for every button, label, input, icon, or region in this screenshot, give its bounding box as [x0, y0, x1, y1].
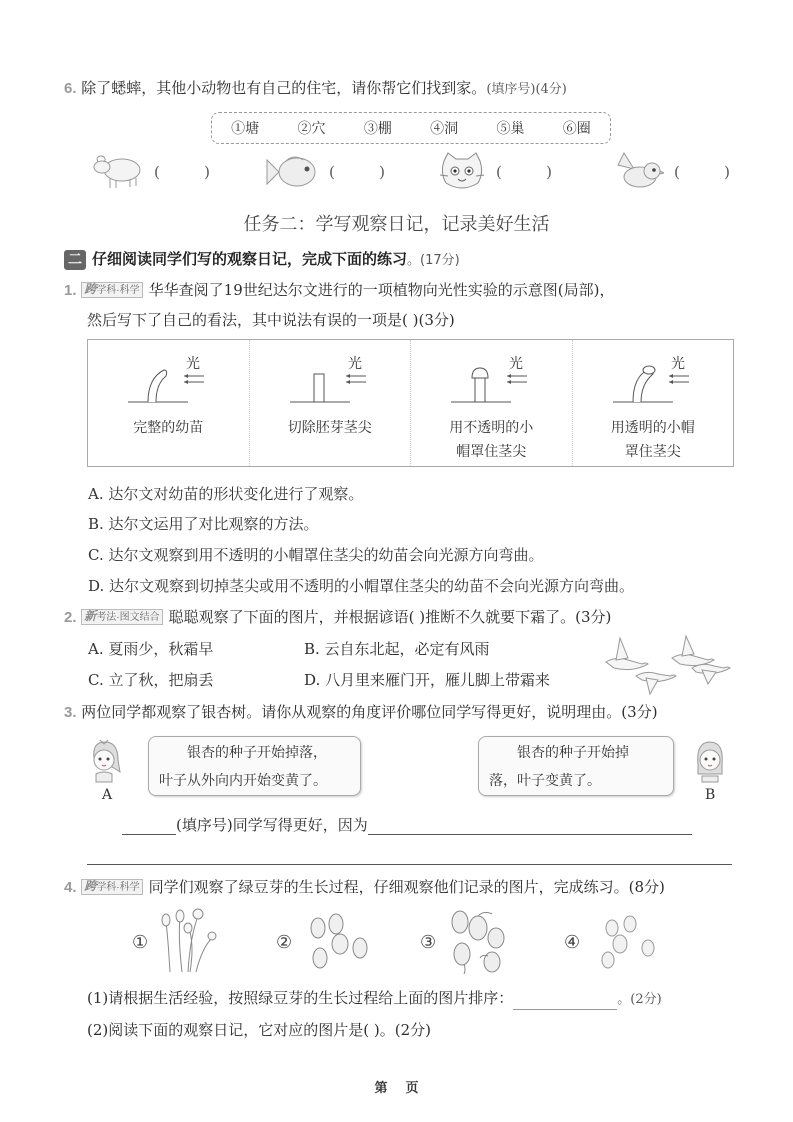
animal-fish: () — [265, 150, 385, 194]
option: ③棚 — [364, 118, 392, 138]
question-text: 除了蟋蟀，其他小动物也有自己的住宅，请你帮它们找到家。 — [81, 79, 486, 97]
picture-number: ② — [276, 932, 292, 953]
cell-label: 用不透明的小 帽罩住茎尖 — [411, 416, 572, 464]
student-a-avatar — [88, 738, 122, 784]
task-title: 任务二：学写观察日记，记录美好生活 — [0, 210, 793, 236]
sub1-text: (1)请根据生活经验，按照绿豆芽的生长过程给上面的图片排序： — [87, 989, 513, 1007]
picture-number: ③ — [420, 932, 436, 953]
picture-number: ④ — [564, 932, 580, 953]
animal-bird: () — [610, 150, 730, 194]
reason-blank-line2[interactable] — [87, 864, 732, 865]
option: ①塘 — [231, 118, 259, 138]
question-2: 2. 新考法·图文结合聪聪观察了下面的图片，并根据谚语( )推断不久就要下霜了。… — [64, 607, 611, 628]
option-a[interactable]: A. 夏雨少，秋霜早 — [88, 639, 213, 659]
experiment-cell-opaque-cap: 光 用不透明的小 帽罩住茎尖 — [411, 340, 573, 466]
student-b-avatar — [694, 738, 726, 784]
q3-answer-line: (填序号)同学写得更好，因为 — [122, 815, 692, 835]
tag-main: 跨 — [84, 282, 96, 296]
student-a-label: A — [102, 787, 112, 803]
sheep-icon — [92, 152, 144, 192]
cat-icon — [438, 151, 486, 193]
part-title: 仔细阅读同学们写的观察日记，完成下面的练习 — [92, 250, 407, 268]
question-number: 4. — [64, 879, 77, 896]
question-number: 6. — [64, 80, 77, 97]
seedling-transparent-cap-icon: 光 — [593, 348, 723, 408]
answer-blank[interactable]: () — [329, 163, 385, 181]
option: ⑤巢 — [496, 118, 524, 138]
question-1: 1. 跨学科·科学华华查阅了19世纪达尔文进行的一项植物向光性实验的示意图(局部… — [64, 280, 614, 301]
question-hint: (填序号)(4分) — [486, 82, 567, 97]
fish-icon — [265, 152, 319, 192]
q4-sub2: (2)阅读下面的观察日记，它对应的图片是( )。(2分) — [87, 1020, 431, 1040]
question-1-line2: 然后写下了自己的看法，其中说法有误的一项是( )(3分) — [87, 310, 455, 330]
option-d[interactable]: D. 达尔文观察到切掉茎尖或用不透明的小帽罩住茎尖的幼苗不会向光源方向弯曲。 — [88, 576, 634, 596]
question-number: 1. — [64, 282, 77, 299]
question-text: 同学们观察了绿豆芽的生长过程，仔细观察他们记录的图片，完成练习。(8分) — [149, 878, 665, 896]
option: ④洞 — [430, 118, 458, 138]
picture-number: ① — [132, 932, 148, 953]
bird-icon — [610, 151, 664, 193]
cell-label: 完整的幼苗 — [88, 416, 249, 440]
svg-text:光: 光 — [509, 355, 523, 372]
cell-label: 用透明的小帽 罩住茎尖 — [573, 416, 734, 464]
part-points: 。(17分) — [407, 253, 460, 268]
reason-blank[interactable] — [368, 816, 692, 835]
bubble-line: 落，叶子变黄了。 — [489, 767, 663, 795]
question-text-line1: 华华查阅了19世纪达尔文进行的一项植物向光性实验的示意图(局部)， — [149, 281, 615, 299]
experiment-cell-intact: 光 完整的幼苗 — [88, 340, 250, 466]
svg-text:光: 光 — [348, 355, 362, 372]
animal-cat: () — [438, 150, 552, 194]
page-footer: 第 页 — [0, 1077, 793, 1096]
cell-label: 切除胚芽茎尖 — [250, 416, 411, 440]
question-number: 2. — [64, 609, 77, 626]
animal-sheep: () — [92, 150, 210, 194]
order-blank[interactable] — [513, 991, 617, 1010]
seedling-opaque-cap-icon: 光 — [431, 348, 561, 408]
seedling-bent-icon: 光 — [108, 348, 238, 408]
option: ②穴 — [297, 118, 325, 138]
student-a-speech-bubble: 银杏的种子开始掉落， 叶子从外向内开始变黄了。 — [148, 736, 361, 796]
question-4: 4. 跨学科·科学同学们观察了绿豆芽的生长过程，仔细观察他们记录的图片，完成练习… — [64, 877, 665, 898]
student-b-speech-bubble: 银杏的种子开始掉 落，叶子变黄了。 — [478, 736, 674, 796]
tag-sub: 学科·科学 — [96, 882, 139, 893]
answer-prefix: (填序号)同学写得更好，因为 — [176, 816, 368, 834]
option-b[interactable]: B. 达尔文运用了对比观察的方法。 — [88, 514, 319, 534]
question-text: 聪聪观察了下面的图片，并根据谚语( )推断不久就要下霜了。(3分) — [169, 608, 612, 626]
new-exam-tag: 新考法·图文结合 — [81, 609, 162, 625]
sub1-points: 。(2分) — [617, 992, 661, 1007]
beans-dry-icon — [598, 914, 660, 974]
beans-swollen-icon — [306, 912, 376, 972]
experiment-diagram-table: 光 完整的幼苗 光 切除胚芽茎尖 光 用不透明的小 帽罩住茎尖 — [87, 339, 734, 467]
student-b-label: B — [705, 787, 715, 803]
tag-sub: 学科·科学 — [96, 285, 139, 296]
option-d[interactable]: D. 八月里来雁门开，雁儿脚上带霜来 — [304, 670, 550, 690]
option-c[interactable]: C. 立了秋，把扇丢 — [88, 670, 213, 690]
tag-sub: 考法·图文结合 — [96, 612, 159, 623]
bubble-line: 银杏的种子开始掉落， — [159, 739, 350, 767]
answer-blank[interactable]: () — [674, 163, 730, 181]
svg-text:光: 光 — [671, 355, 685, 372]
option-b[interactable]: B. 云自东北起，必定有风雨 — [304, 639, 490, 659]
beans-sprouting-icon — [448, 908, 520, 974]
question-text: 两位同学都观察了银杏树。请你从观察的角度评价哪位同学写得更好，说明理由。(3分) — [81, 703, 657, 721]
part-badge: 二 — [64, 250, 86, 270]
option-a[interactable]: A. 达尔文对幼苗的形状变化进行了观察。 — [88, 484, 363, 504]
question-6: 6. 除了蟋蟀，其他小动物也有自己的住宅，请你帮它们找到家。(填序号)(4分) — [64, 78, 567, 100]
answer-blank[interactable]: () — [496, 163, 552, 181]
experiment-cell-transparent-cap: 光 用透明的小帽 罩住茎尖 — [573, 340, 734, 466]
sprouts-grown-icon — [160, 908, 220, 974]
question-3: 3. 两位同学都观察了银杏树。请你从观察的角度评价哪位同学写得更好，说明理由。(… — [64, 702, 658, 723]
bubble-line: 银杏的种子开始掉 — [489, 739, 663, 767]
tag-main: 新 — [84, 609, 96, 623]
seedling-cut-icon: 光 — [270, 348, 400, 408]
part-heading: 二仔细阅读同学们写的观察日记，完成下面的练习。(17分) — [64, 248, 460, 270]
student-choice-blank[interactable] — [122, 816, 176, 835]
experiment-cell-cut: 光 切除胚芽茎尖 — [250, 340, 412, 466]
question-number: 3. — [64, 704, 77, 721]
option-c[interactable]: C. 达尔文观察到用不透明的小帽罩住茎尖的幼苗会向光源方向弯曲。 — [88, 545, 543, 565]
cross-subject-tag: 跨学科·科学 — [81, 282, 142, 298]
q4-sub1: (1)请根据生活经验，按照绿豆芽的生长过程给上面的图片排序：。(2分) — [87, 988, 662, 1010]
option: ⑥圈 — [563, 118, 591, 138]
tag-main: 跨 — [84, 879, 96, 893]
answer-blank[interactable]: () — [154, 163, 210, 181]
svg-text:光: 光 — [186, 355, 200, 372]
wild-geese-icon — [602, 632, 732, 698]
bubble-line: 叶子从外向内开始变黄了。 — [159, 767, 350, 795]
home-options-box: ①塘 ②穴 ③棚 ④洞 ⑤巢 ⑥圈 — [211, 112, 611, 144]
cross-subject-tag: 跨学科·科学 — [81, 879, 142, 895]
